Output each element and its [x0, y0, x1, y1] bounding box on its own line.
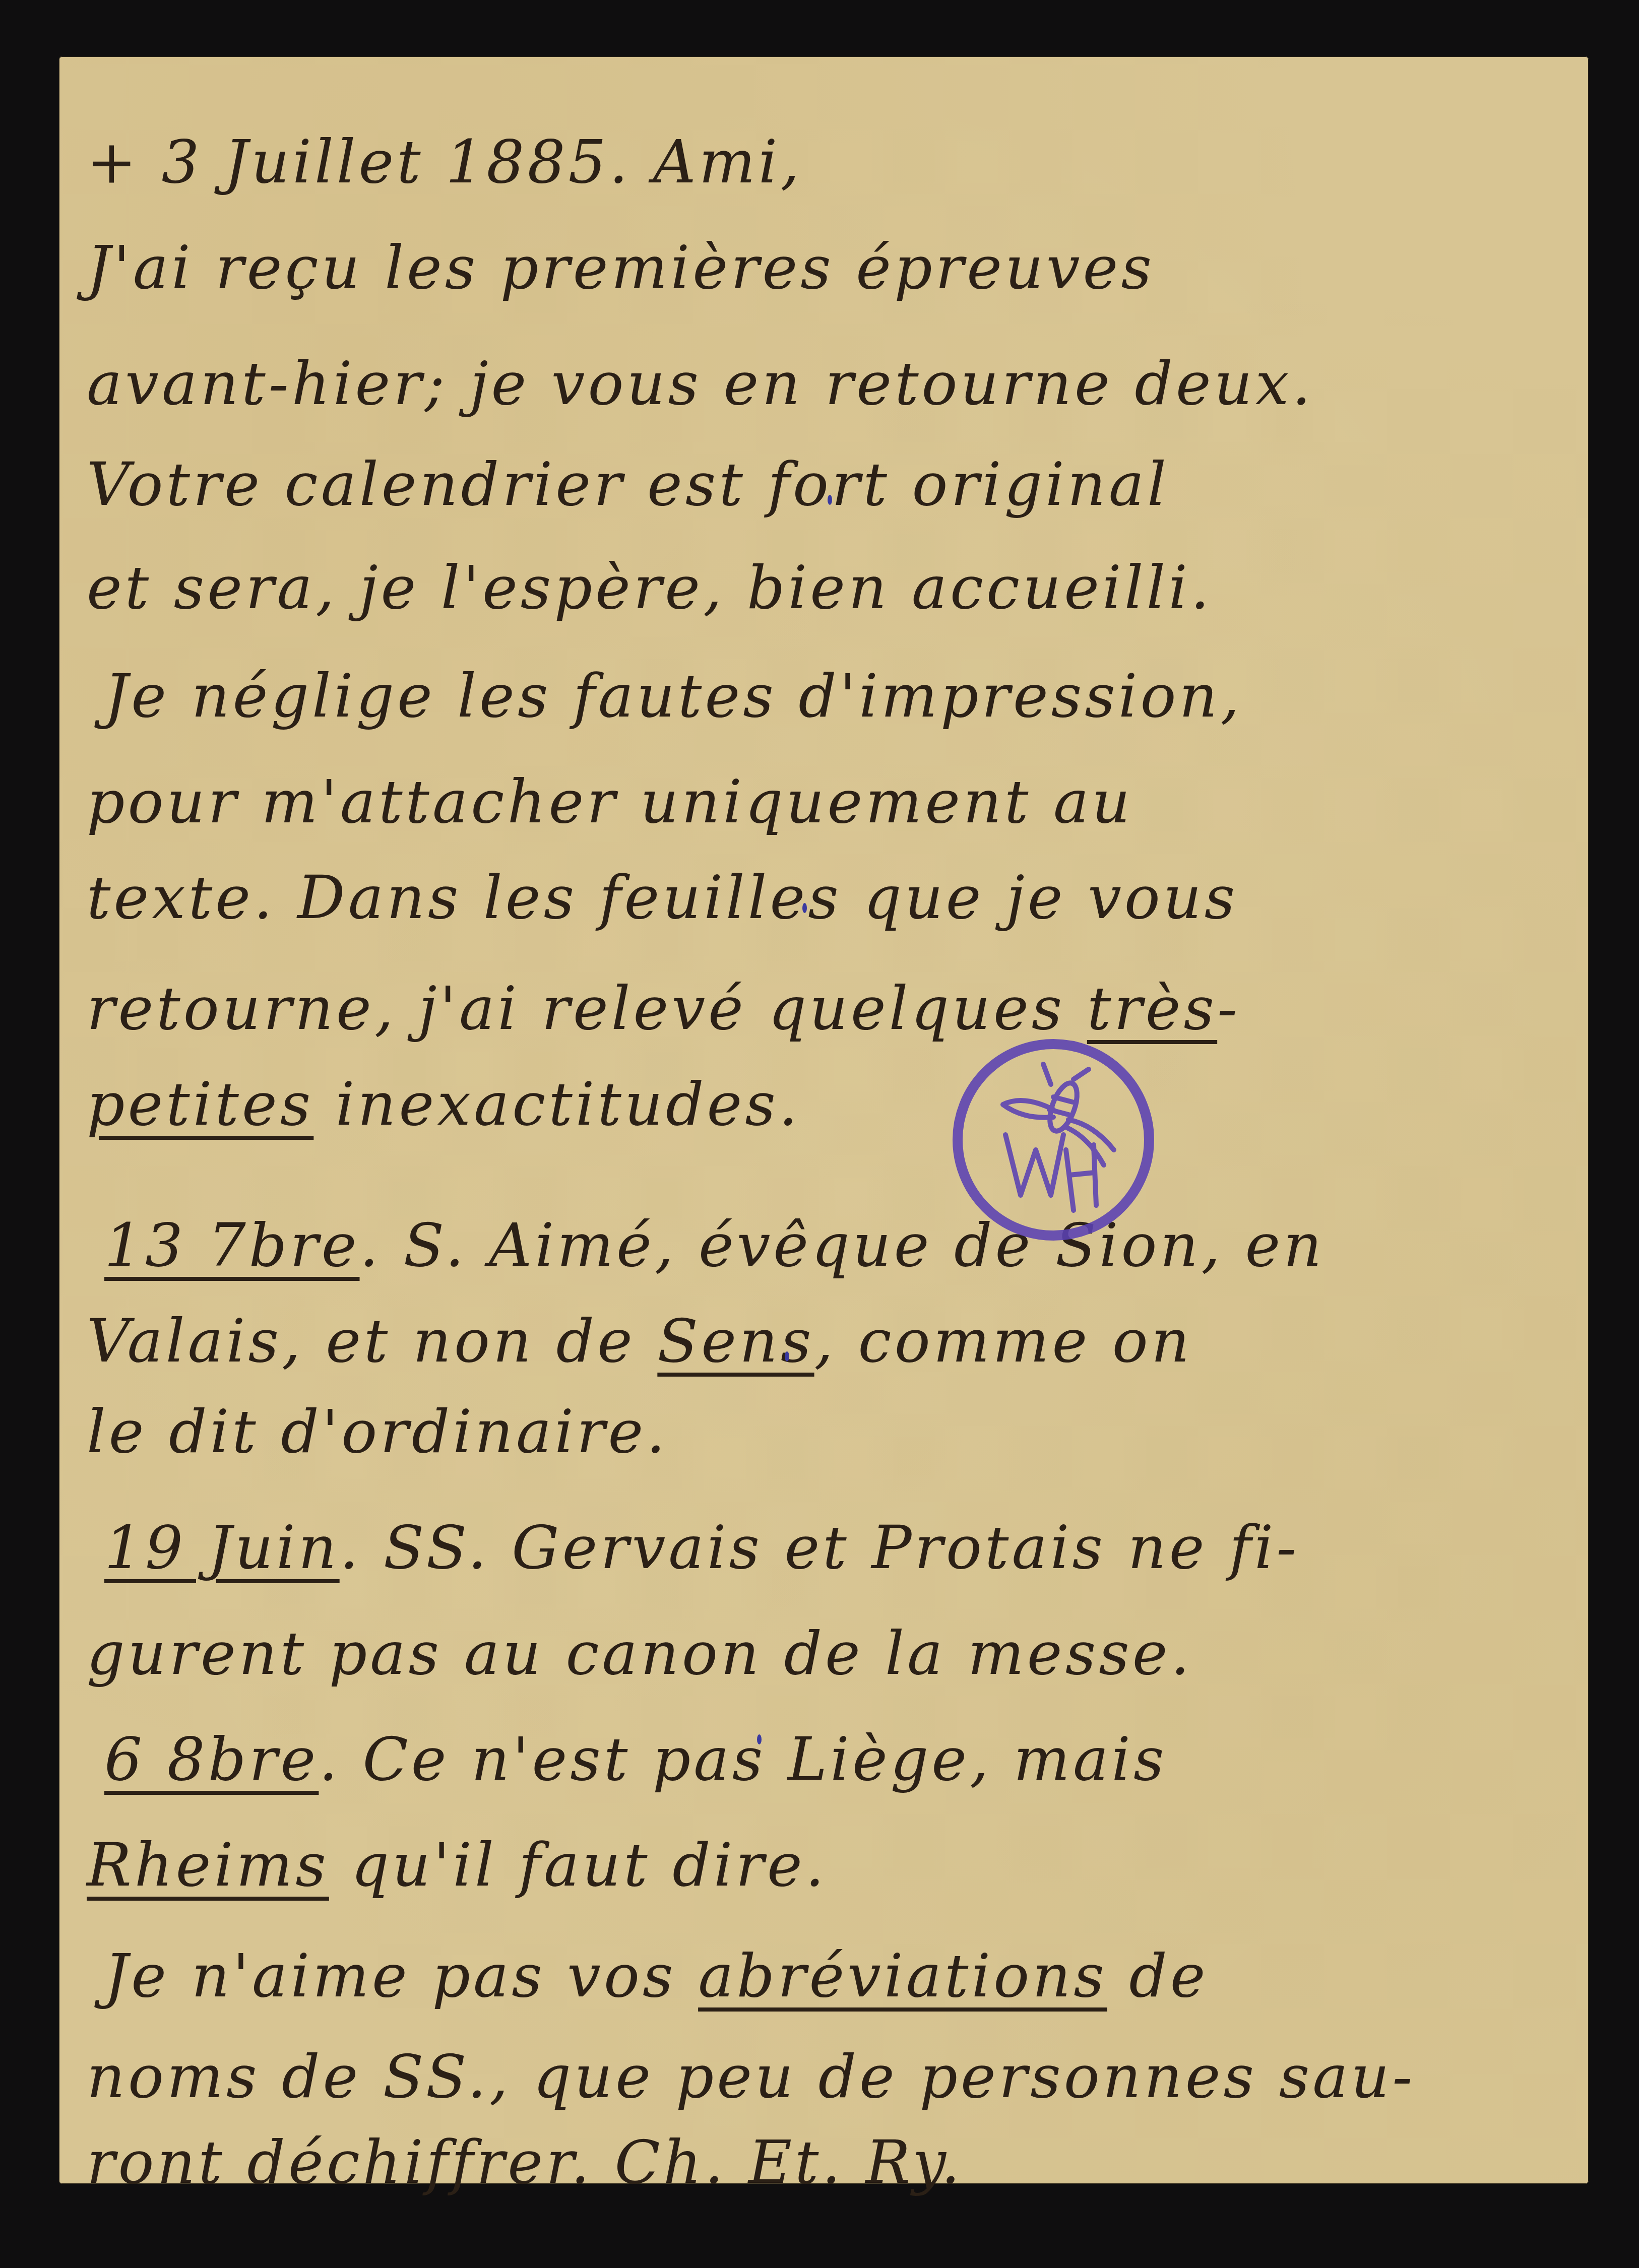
line-text: inexactitudes. — [313, 1069, 800, 1139]
ink-speck — [828, 495, 832, 505]
line-text: qu'il faut dire. — [329, 1830, 827, 1900]
line-text: - — [1217, 974, 1240, 1043]
line-text: . S. Aimé, évêque de Sion, en — [360, 1210, 1325, 1280]
line-text: + 3 Juillet 1885. Ami, — [87, 127, 802, 197]
line-text: Votre calendrier est fort original — [87, 449, 1169, 519]
letter-line: Je n'aime pas vos abréviations de — [104, 1946, 1209, 2005]
bee-icon — [963, 1049, 1144, 1230]
letter-line: Valais, et non de Sens, comme on — [87, 1311, 1192, 1371]
ink-speck — [785, 1351, 789, 1362]
library-stamp — [953, 1039, 1154, 1241]
line-text: J'ai reçu les premières épreuves — [87, 233, 1155, 302]
letter-line: pour m'attacher uniquement au — [87, 772, 1133, 831]
underlined-date: 19 Juin — [104, 1513, 340, 1582]
letter-line: et sera, je l'espère, bien accueilli. — [87, 558, 1212, 617]
line-text: noms de SS., que peu de personnes sau- — [87, 2042, 1415, 2111]
underlined-word: Sens — [657, 1306, 814, 1376]
letter-line: texte. Dans les feuilles que je vous — [87, 868, 1238, 927]
underlined-date: 13 7bre — [104, 1210, 360, 1280]
line-date-salutation: + 3 Juillet 1885. Ami, — [87, 132, 802, 191]
line-text: Valais, et non de — [87, 1306, 657, 1376]
letter-card: + 3 Juillet 1885. Ami, J'ai reçu les pre… — [59, 56, 1589, 2184]
letter-line: Rheims qu'il faut dire. — [87, 1835, 827, 1895]
letter-line: noms de SS., que peu de personnes sau- — [87, 2047, 1415, 2106]
letter-line: le dit d'ordinaire. — [87, 1402, 668, 1461]
line-text: texte. Dans les feuilles que je vous — [87, 863, 1238, 932]
line-text: ront déchiffrer. Ch. Et. Ry. — [87, 2127, 963, 2197]
letter-line: Je néglige les fautes d'impression, — [104, 666, 1242, 726]
line-text: avant-hier; je vous en retourne deux. — [87, 349, 1314, 418]
letter-line: J'ai reçu les premières épreuves — [87, 238, 1155, 297]
underlined-word: très — [1087, 974, 1217, 1043]
ink-speck — [802, 903, 807, 913]
line-text: gurent pas au canon de la messe. — [87, 1618, 1192, 1688]
line-text: . SS. Gervais et Protais ne fi- — [340, 1513, 1300, 1582]
underlined-word: petites — [87, 1069, 313, 1139]
letter-line: petites inexactitudes. — [87, 1074, 800, 1134]
line-text: retourne, j'ai relevé quelques — [87, 974, 1087, 1043]
underlined-date: 6 8bre — [104, 1724, 319, 1794]
letter-line: gurent pas au canon de la messe. — [87, 1624, 1192, 1683]
ink-speck — [757, 1734, 762, 1744]
letter-line: avant-hier; je vous en retourne deux. — [87, 354, 1314, 413]
line-text: et sera, je l'espère, bien accueilli. — [87, 553, 1212, 622]
line-text: , comme on — [814, 1306, 1192, 1376]
letter-line: Votre calendrier est fort original — [87, 455, 1169, 514]
line-text: de — [1107, 1941, 1209, 2011]
line-text: le dit d'ordinaire. — [87, 1397, 668, 1466]
line-text: pour m'attacher uniquement au — [87, 767, 1133, 836]
letter-line-correction-6-oct: 6 8bre. Ce n'est pas Liège, mais — [104, 1729, 1167, 1789]
line-text: Je n'aime pas vos — [104, 1941, 698, 2011]
letter-line: retourne, j'ai relevé quelques très- — [87, 979, 1240, 1038]
line-text: Je néglige les fautes d'impression, — [104, 661, 1242, 731]
underlined-word: abréviations — [698, 1941, 1107, 2011]
underlined-word: Rheims — [87, 1830, 329, 1900]
letter-line-signature: ront déchiffrer. Ch. Et. Ry. — [87, 2132, 963, 2192]
letter-line-correction-19-juin: 19 Juin. SS. Gervais et Protais ne fi- — [104, 1518, 1299, 1577]
line-text: . Ce n'est pas Liège, mais — [319, 1724, 1167, 1794]
